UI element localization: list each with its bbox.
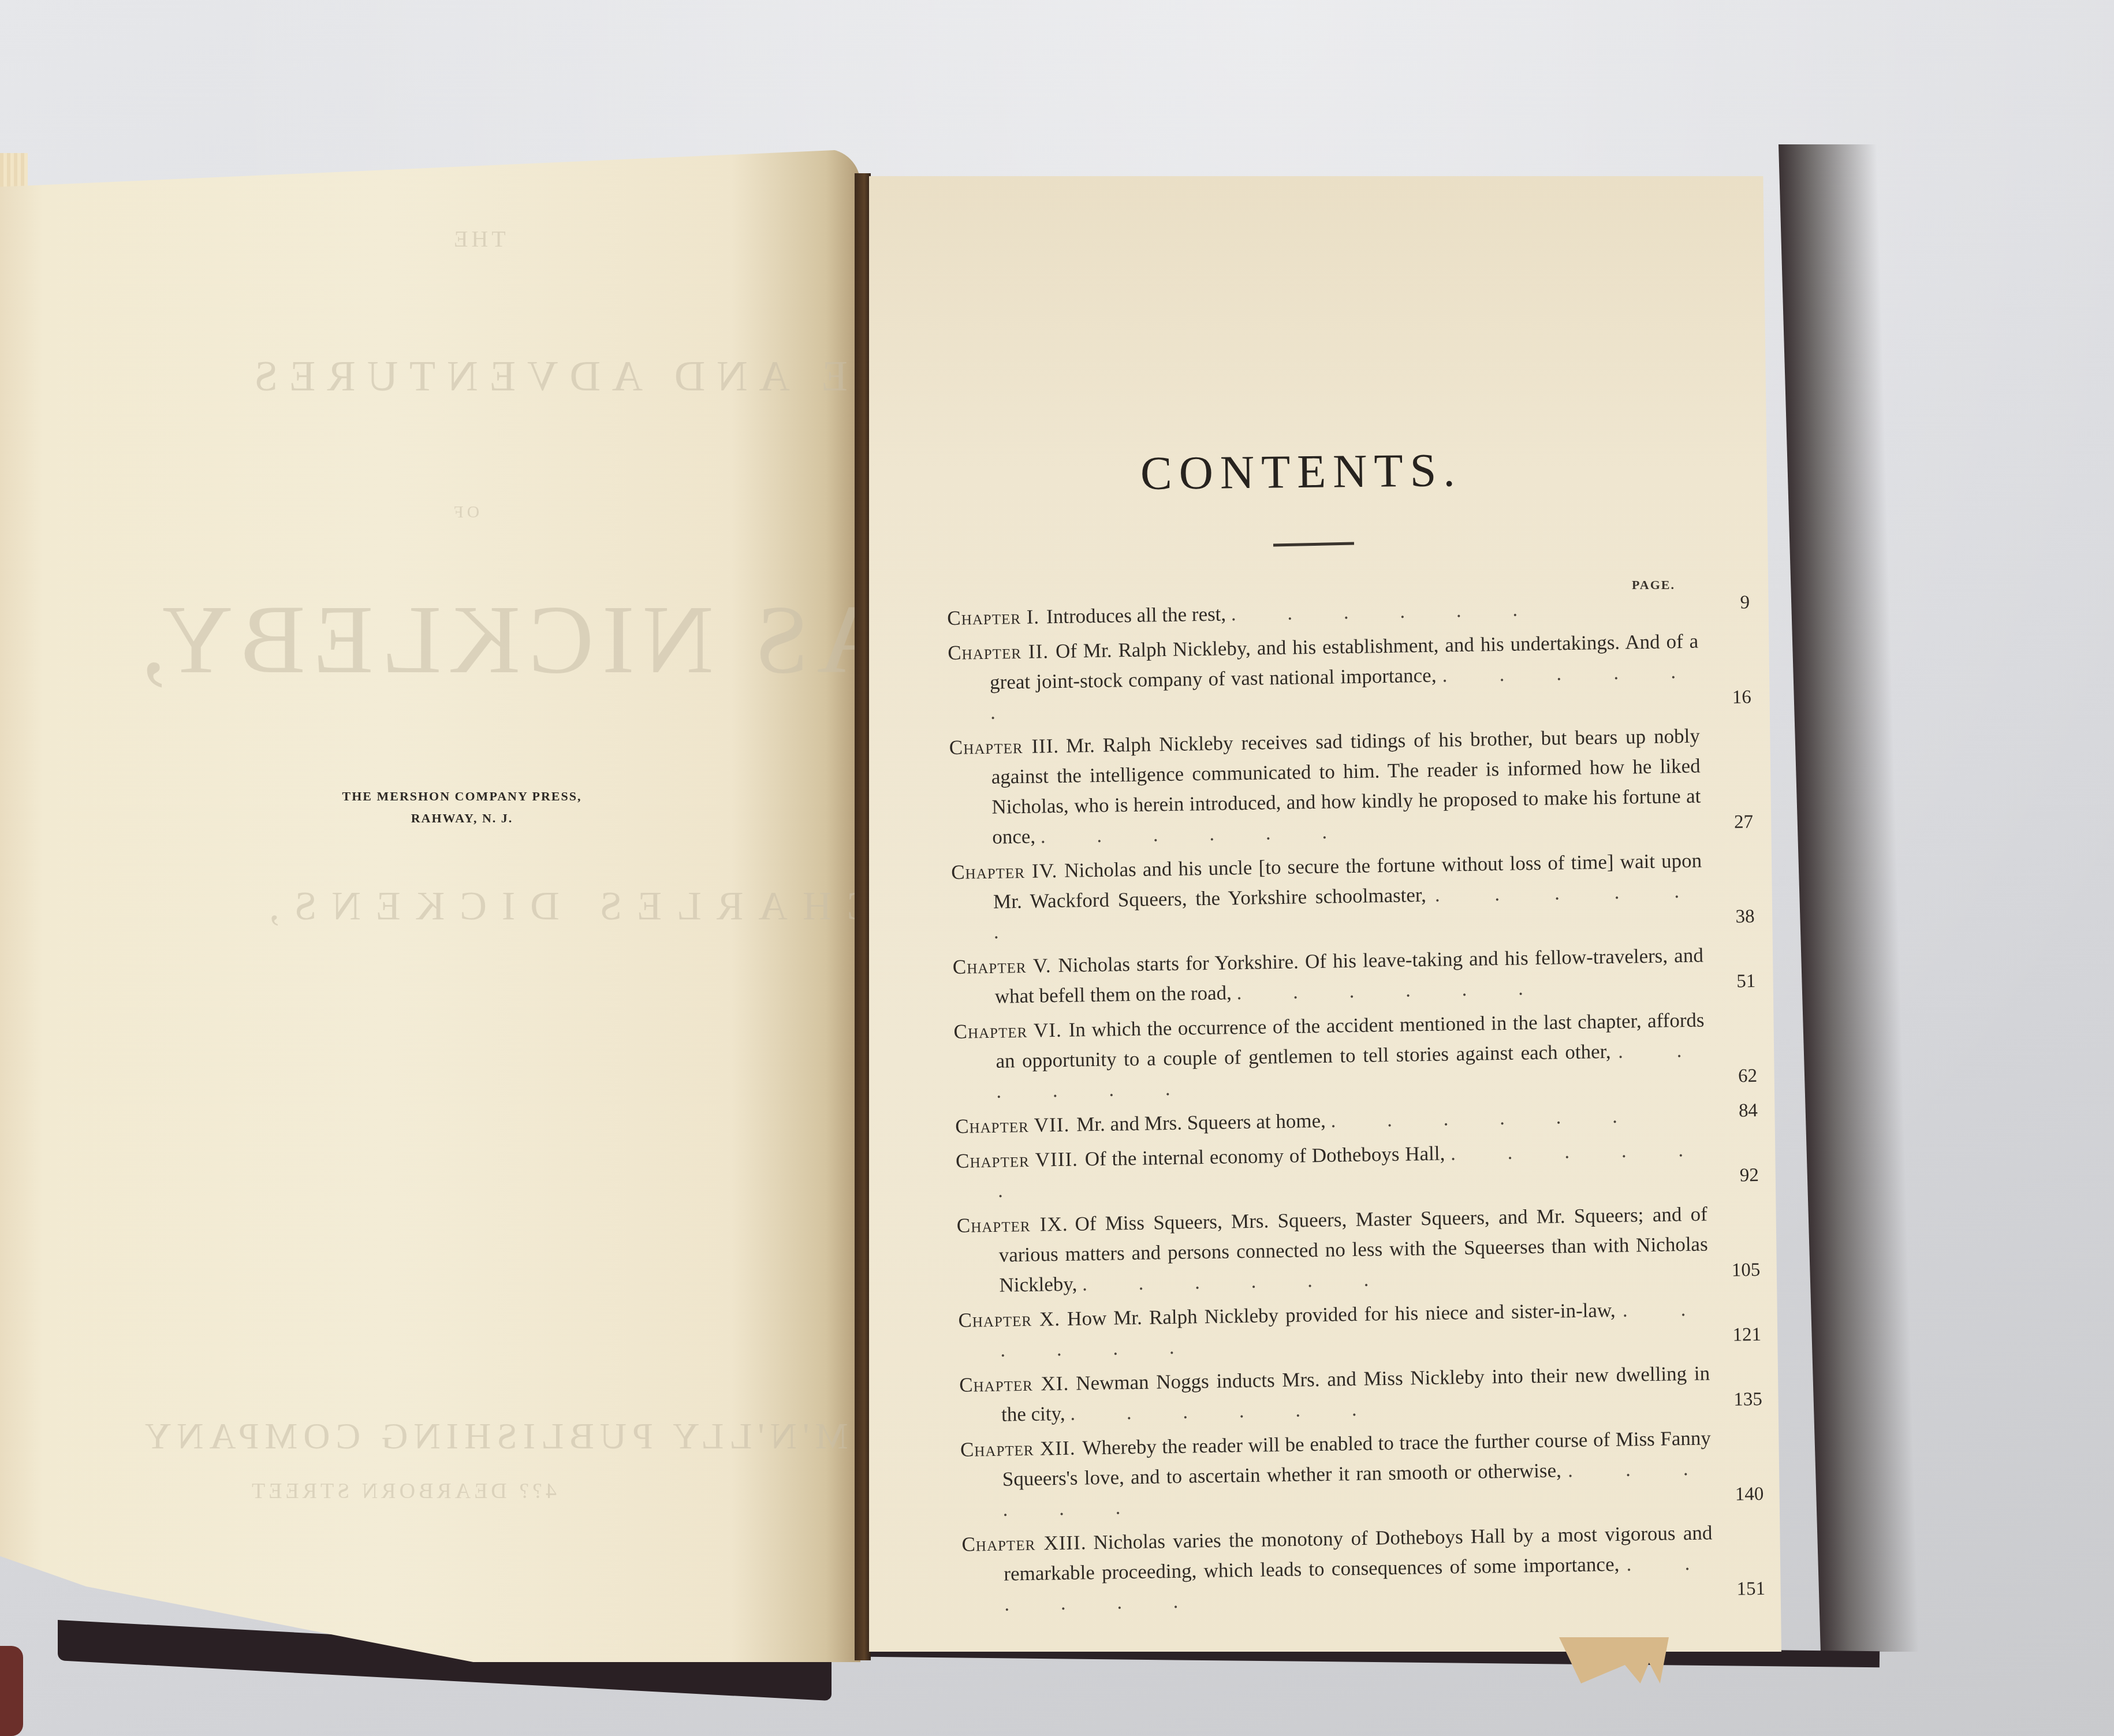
chapter-label: Chapter IV. <box>951 859 1058 884</box>
chapter-label: Chapter XIII. <box>961 1531 1086 1555</box>
show-through-life-and-adventures: LIFE AND ADVENTURES <box>243 352 946 401</box>
chapter-label: Chapter II. <box>948 640 1049 664</box>
book-gutter <box>855 173 871 1660</box>
toc-entry: Chapter V.Nicholas starts for Yorkshire.… <box>952 940 1755 1012</box>
chapter-label: Chapter XII. <box>960 1437 1076 1461</box>
chapter-label: Chapter I. <box>947 605 1039 629</box>
page-number: 62 <box>1711 1061 1758 1091</box>
page-number: 92 <box>1712 1160 1759 1191</box>
toc-entry: Chapter IX.Of Miss Squeers, Mrs. Squeers… <box>957 1198 1761 1301</box>
chapter-label: Chapter III. <box>949 735 1060 759</box>
chapter-title: Mr. and Mrs. Squeers at home, <box>1076 1109 1326 1136</box>
dot-leader: . . . . . . <box>1231 598 1541 625</box>
toc-entry: Chapter VI.In which the occurrence of th… <box>953 1004 1757 1107</box>
chapter-title: How Mr. Ralph Nickleby provided for his … <box>1067 1299 1616 1330</box>
page-title: CONTENTS. <box>1140 443 1463 501</box>
show-through-charles-dickens: CHARLES DICKENS, <box>254 884 874 930</box>
toc-entry: Chapter XIII.Nicholas varies the monoton… <box>961 1517 1765 1620</box>
show-through-publisher: M'N'LLY PUBLISHING COMPANY <box>139 1415 848 1458</box>
chapter-label: Chapter VIII. <box>956 1148 1078 1172</box>
page-number: 135 <box>1716 1384 1762 1415</box>
page-number: 51 <box>1709 966 1756 997</box>
chapter-label: Chapter V. <box>953 954 1052 978</box>
page-column-label: PAGE. <box>1632 578 1675 593</box>
page-number: 16 <box>1705 682 1751 713</box>
page-number: 105 <box>1714 1255 1761 1286</box>
chapter-label: Chapter VII. <box>955 1113 1070 1138</box>
toc-entry: Chapter XII.Whereby the reader will be e… <box>960 1422 1764 1525</box>
page-number: 9 <box>1703 587 1750 618</box>
finger-holding-book <box>0 1646 23 1736</box>
chapter-label: Chapter XI. <box>959 1372 1069 1396</box>
dot-leader: . . . . . . <box>1041 820 1351 847</box>
chapter-title: In which the occurrence of the accident … <box>996 1008 1705 1072</box>
dot-leader: . . . . . . <box>1236 977 1546 1004</box>
page-number: 27 <box>1707 807 1754 837</box>
toc-entry: Chapter VIII.Of the internal economy of … <box>956 1134 1759 1206</box>
show-through-address: 4?? DEARBORN STREET <box>248 1478 557 1504</box>
table-of-contents: Chapter I.Introduces all the rest, . . .… <box>947 591 1766 1625</box>
dot-leader: . . . . . . <box>1070 1397 1380 1424</box>
toc-entry: Chapter II.Of Mr. Ralph Nickleby, and hi… <box>948 625 1751 728</box>
toc-entry: Chapter XI.Newman Noggs inducts Mrs. and… <box>959 1358 1762 1430</box>
toc-entry: Chapter IV.Nicholas and his uncle [to se… <box>951 845 1755 948</box>
show-through-of: OF <box>450 502 479 522</box>
chapter-title: Introduces all the rest, <box>1046 602 1226 628</box>
page-number: 38 <box>1708 901 1755 932</box>
show-through-the: THE <box>450 225 506 252</box>
chapter-label: Chapter X. <box>958 1307 1060 1332</box>
page-number: 84 <box>1712 1096 1758 1126</box>
chapter-label: Chapter VI. <box>953 1019 1062 1043</box>
chapter-title: Nicholas varies the monotony of Dotheboy… <box>1004 1521 1713 1585</box>
dot-leader: . . . . . . <box>1330 1104 1641 1131</box>
page-number: 121 <box>1715 1320 1762 1350</box>
imprint-line-2: RAHWAY, N. J. <box>312 807 612 829</box>
printer-imprint: THE MERSHON COMPANY PRESS, RAHWAY, N. J. <box>312 785 612 829</box>
toc-entry: Chapter X.How Mr. Ralph Nickleby provide… <box>958 1293 1761 1366</box>
toc-entry: Chapter III.Mr. Ralph Nickleby receives … <box>949 720 1754 853</box>
chapter-title: Of the internal economy of Dotheboys Hal… <box>1085 1142 1445 1171</box>
dot-leader: . . . . . . <box>1082 1268 1392 1295</box>
chapter-label: Chapter IX. <box>957 1213 1068 1237</box>
page-number: 151 <box>1719 1574 1766 1604</box>
page-number: 140 <box>1717 1479 1764 1510</box>
imprint-line-1: THE MERSHON COMPANY PRESS, <box>312 785 612 807</box>
